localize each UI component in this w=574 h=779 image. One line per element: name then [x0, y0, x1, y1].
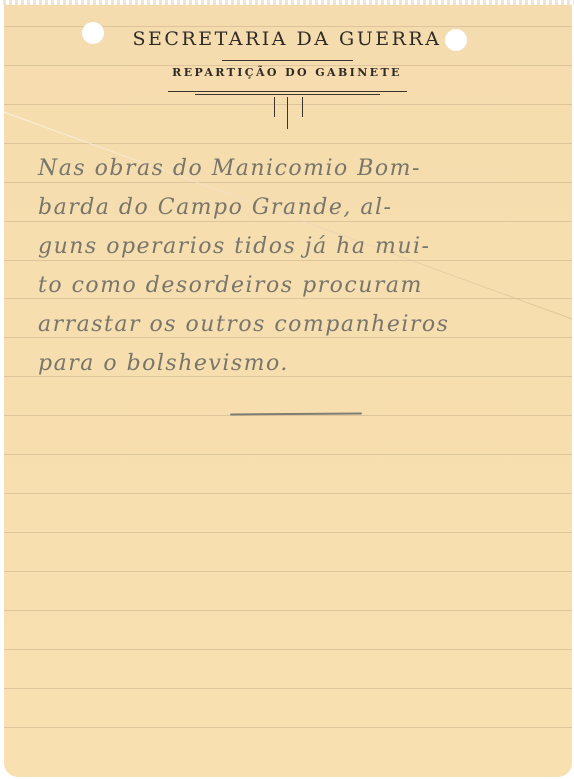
ruled-line	[4, 571, 572, 572]
ruled-line	[4, 454, 572, 455]
ruled-line	[4, 688, 572, 689]
punch-hole-left	[82, 22, 104, 44]
ruled-line	[4, 727, 572, 728]
ruled-line	[4, 182, 572, 183]
ruled-line	[4, 649, 572, 650]
ornament-tick	[287, 97, 288, 129]
ruled-line	[4, 337, 572, 338]
torn-top-edge	[0, 0, 574, 5]
ruled-line	[4, 610, 572, 611]
handwritten-line: Nas obras do Manicomio Bom-	[38, 156, 558, 181]
ruled-line	[4, 415, 572, 416]
ruled-line	[4, 260, 572, 261]
handwritten-line: barda do Campo Grande, al-	[38, 195, 558, 220]
ruled-line	[4, 104, 572, 105]
ornament-tick	[274, 97, 275, 117]
letterhead-subtitle: REPARTIÇÃO DO GABINETE	[0, 66, 574, 79]
ruled-line	[4, 532, 572, 533]
subtitle-rule-upper	[168, 91, 407, 92]
title-underline	[222, 60, 353, 61]
ruled-line	[4, 376, 572, 377]
ruled-line	[4, 493, 572, 494]
handwritten-line: para o bolshevismo.	[38, 351, 558, 376]
handwritten-line: to como desordeiros procuram	[38, 273, 558, 298]
letter-sheet	[4, 3, 572, 777]
punch-hole-right	[445, 29, 467, 51]
handwritten-line: guns operarios tidos já ha mui-	[38, 234, 558, 259]
ruled-line	[4, 298, 572, 299]
handwritten-line: arrastar os outros companheiros	[38, 312, 558, 337]
ruled-line	[4, 221, 572, 222]
ornament-tick	[302, 97, 303, 117]
subtitle-rule-lower	[195, 94, 380, 95]
